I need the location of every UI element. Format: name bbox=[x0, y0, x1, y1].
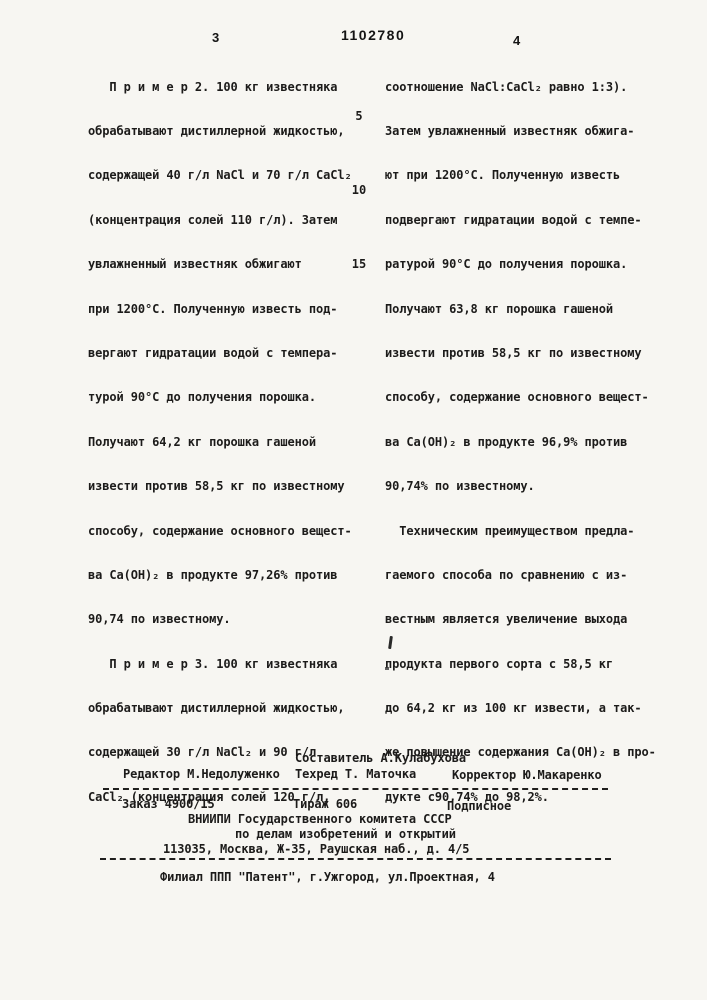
text-line: (концентрация солей 110 г/л). Затем bbox=[88, 213, 352, 228]
footer-corrector: Корректор Ю.Макаренко bbox=[452, 768, 602, 782]
text-line: ратурой 90°С до получения порошка. bbox=[385, 257, 656, 272]
text-line: П р и м е р 3. 100 кг известняка bbox=[88, 657, 352, 672]
scan-artifact-dot bbox=[385, 667, 389, 670]
text-line: обрабатывают дистиллерной жидкостью, bbox=[88, 124, 352, 139]
footer-order-number: Заказ 4900/15 bbox=[122, 797, 215, 811]
text-line: Затем увлажненный известняк обжига- bbox=[385, 124, 656, 139]
footer-circulation: Тираж 606 bbox=[293, 797, 357, 811]
footer-techred: Техред Т. Маточка bbox=[295, 767, 416, 781]
right-column: соотношение NaCl:CaCl₂ равно 1:3). Затем… bbox=[385, 50, 656, 834]
footer-organization-line1: ВНИИПИ Государственного комитета СССР bbox=[188, 812, 452, 826]
text-line: гаемого способа по сравнению с из- bbox=[385, 568, 656, 583]
text-line: П р и м е р 2. 100 кг известняка bbox=[88, 80, 352, 95]
text-line: 90,74 по известному. bbox=[88, 612, 352, 627]
text-line: Получают 64,2 кг порошка гашеной bbox=[88, 435, 352, 450]
text-line: при 1200°С. Полученную известь под- bbox=[88, 302, 352, 317]
text-line: способу, содержание основного вещест- bbox=[385, 390, 656, 405]
footer-organization-line2: по делам изобретений и открытий bbox=[235, 827, 456, 841]
text-line: увлажненный известняк обжигают bbox=[88, 257, 352, 272]
text-line: дукте с90,74% до 98,2%. bbox=[385, 790, 656, 805]
text-line: способу, содержание основного вещест- bbox=[88, 524, 352, 539]
page-number-left: 3 bbox=[212, 30, 219, 45]
text-line: ва Ca(OH)₂ в продукте 97,26% против bbox=[88, 568, 352, 583]
text-line: ва Ca(OH)₂ в продукте 96,9% против bbox=[385, 435, 656, 450]
text-line: до 64,2 кг из 100 кг извести, а так- bbox=[385, 701, 656, 716]
margin-line-number-15: 15 bbox=[346, 257, 372, 271]
text-line: содержащей 40 г/л NaCl и 70 г/л CaCl₂ bbox=[88, 168, 352, 183]
dashed-divider-top bbox=[103, 788, 608, 790]
text-line: обрабатывают дистиллерной жидкостью, bbox=[88, 701, 352, 716]
text-line: Получают 63,8 кг порошка гашеной bbox=[385, 302, 656, 317]
page-number-right: 4 bbox=[513, 33, 520, 48]
text-line: извести против 58,5 кг по известному bbox=[385, 346, 656, 361]
dashed-divider-bottom bbox=[100, 858, 611, 860]
footer-editor: Редактор М.Недолуженко bbox=[123, 767, 280, 781]
text-line: извести против 58,5 кг по известному bbox=[88, 479, 352, 494]
text-line: Техническим преимуществом предла- bbox=[385, 524, 656, 539]
text-line: подвергают гидратации водой с темпе- bbox=[385, 213, 656, 228]
text-line: 90,74% по известному. bbox=[385, 479, 656, 494]
text-line: продукта первого сорта с 58,5 кг bbox=[385, 657, 656, 672]
text-line: вестным является увеличение выхода bbox=[385, 612, 656, 627]
patent-number: 1102780 bbox=[341, 27, 405, 43]
margin-line-number-5: 5 bbox=[346, 109, 372, 123]
patent-page: 3 1102780 4 П р и м е р 2. 100 кг извест… bbox=[0, 0, 707, 1000]
text-line: вергают гидратации водой с темпера- bbox=[88, 346, 352, 361]
footer-branch: Филиал ППП "Патент", г.Ужгород, ул.Проек… bbox=[160, 870, 495, 884]
margin-line-number-10: 10 bbox=[346, 183, 372, 197]
left-column: П р и м е р 2. 100 кг известняка обрабат… bbox=[88, 50, 352, 834]
text-line: ют при 1200°С. Полученную известь bbox=[385, 168, 656, 183]
footer-compiler: Составитель А.Кулабухова bbox=[295, 751, 466, 765]
text-line: турой 90°С до получения порошка. bbox=[88, 390, 352, 405]
text-line: соотношение NaCl:CaCl₂ равно 1:3). bbox=[385, 80, 656, 95]
footer-organization-address: 113035, Москва, Ж-35, Раушская наб., д. … bbox=[163, 842, 469, 856]
footer-subscription: Подписное bbox=[447, 799, 511, 813]
